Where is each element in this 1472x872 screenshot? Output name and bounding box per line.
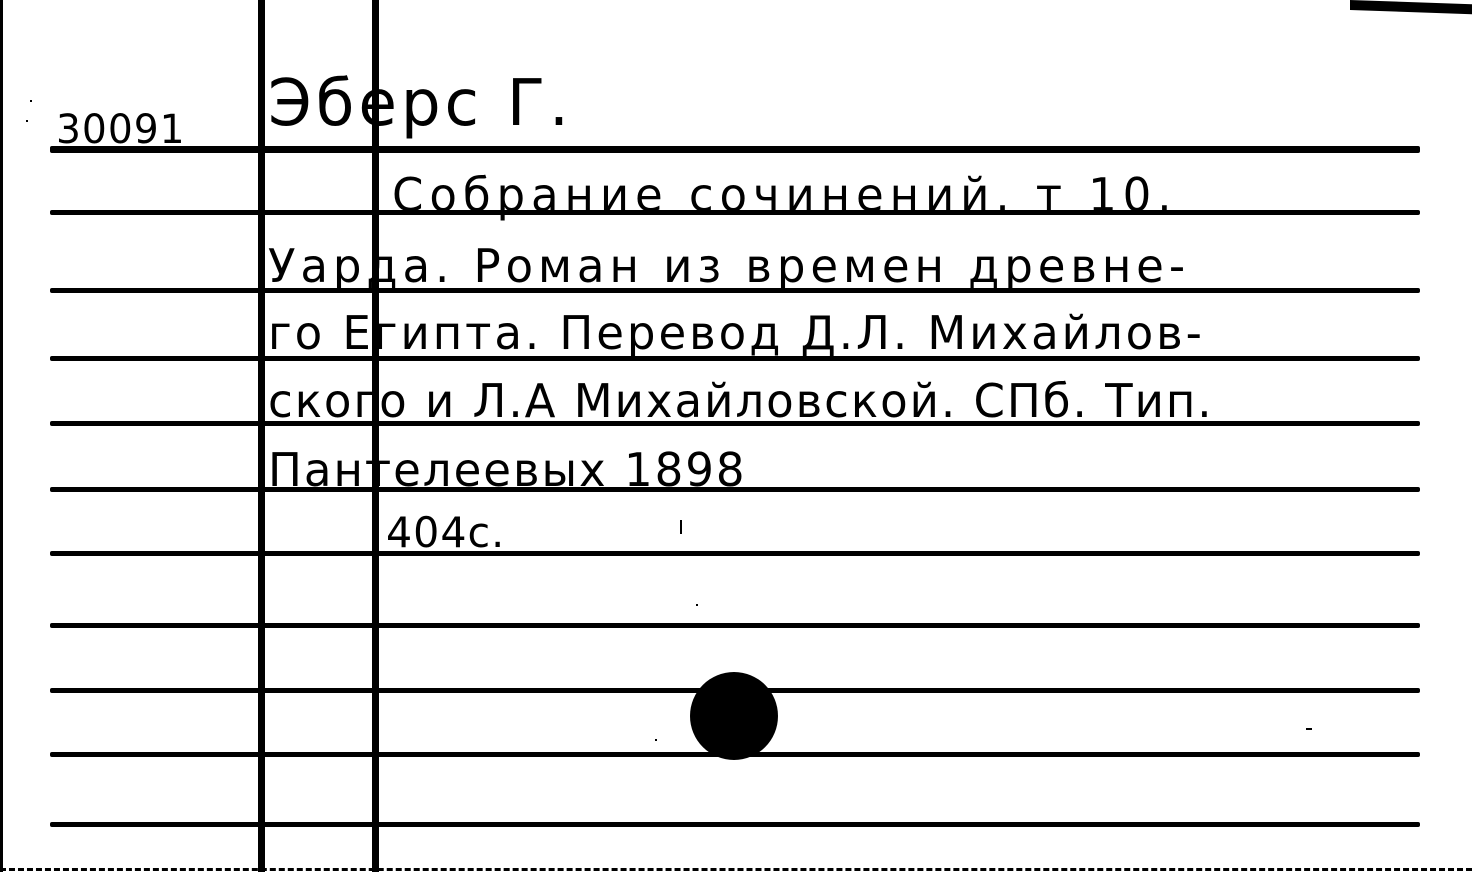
accession-number: 30091 xyxy=(56,110,186,150)
card-top-corner-shadow xyxy=(1350,0,1472,14)
entry-line-5: Пантелеевых 1898 xyxy=(268,447,747,493)
entry-line-1: Собрание сочинений. т 10. xyxy=(392,172,1177,218)
ruled-line xyxy=(50,822,1420,827)
card-bottom-edge xyxy=(0,868,1472,871)
ruled-line xyxy=(50,146,1420,153)
ruled-line xyxy=(50,623,1420,628)
entry-line-4: ского и Л.А Михайловской. СПб. Тип. xyxy=(268,378,1214,424)
catalog-card: 30091 Эберс Г. Собрание сочинений. т 10.… xyxy=(0,0,1472,872)
ruled-line xyxy=(50,551,1420,556)
page-count: 404с. xyxy=(386,512,505,554)
column-rule-left xyxy=(258,0,265,872)
card-left-edge xyxy=(0,0,3,872)
entry-line-3: го Египта. Перевод Д.Л. Михайлов- xyxy=(268,310,1205,356)
author-heading: Эберс Г. xyxy=(268,72,573,136)
entry-line-2: Уарда. Роман из времен древне- xyxy=(268,243,1190,289)
punch-hole xyxy=(690,672,778,760)
